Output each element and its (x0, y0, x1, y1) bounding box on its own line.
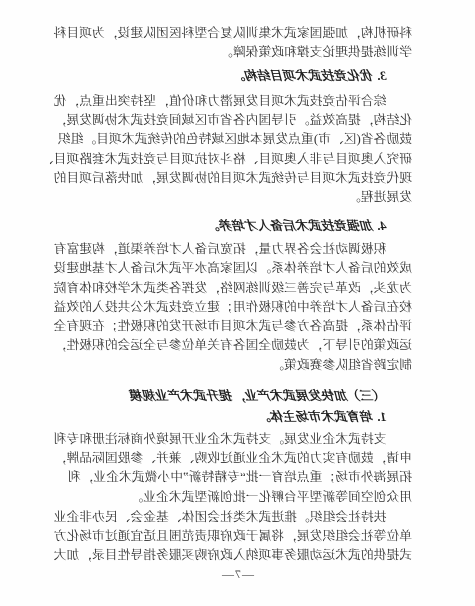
text-line: 拓展海外市场；重点培育一批“专精特新”中小微武术企业，利 (55, 468, 412, 487)
section-heading: 4. 加强竞技武术后备人才培养。 (55, 217, 412, 236)
text-line: 校在后备人才培养中的积极作用；建立竞技武术公共投入的效益 (55, 298, 412, 317)
page-number: —7— (0, 567, 475, 582)
paragraph: 支持武术企业发展。支持武术企业开展境外商标注册和专利申请，鼓励有实力的武术企业通… (55, 430, 412, 507)
text-line: 申请，鼓励有实力的武术企业通过收购、兼并、参股国际品牌， (55, 449, 412, 468)
text-line: 综合评估竞技武术项目发展潜力和价值，坚持突出重点，优 (55, 92, 412, 111)
page-text-area: 科研机构，加强国家武术集训队复合型科医团队建设，为项目科学训练提供理论支撑和政策… (0, 0, 475, 606)
text-line: 1. 培育武术市场主体。 (55, 408, 412, 427)
text-line: （三）加快发展武术产业，提升武术产业规模 (55, 387, 412, 406)
text-line: 3. 优化竞技武术项目结构。 (55, 67, 412, 86)
text-line: 扶持社会组织。推进武术类社会团体、基金会、民办非企业 (55, 508, 412, 527)
text-line: 积极调动社会各界力量，拓宽后备人才培养渠道，构建富有 (55, 240, 412, 259)
document-page: 科研机构，加强国家武术集训队复合型科医团队建设，为项目科学训练提供理论支撑和政策… (0, 0, 475, 606)
text-line: 化结构，提高效益。引导国内各省市区域间竞技武术协调发展， (55, 111, 412, 130)
text-line: 鼓励各省(区、市)重点发展本地区域特色的传统武术项目。组织 (55, 130, 412, 149)
paragraph: 综合评估竞技武术项目发展潜力和价值，坚持突出重点，优化结构，提高效益。引导国内各… (55, 92, 412, 208)
text-line: 单位等社会组织发展，将属于政府职责范围且适宜通过市场化方 (55, 527, 412, 546)
text-line: 支持武术企业发展。支持武术企业开展境外商标注册和专利 (55, 430, 412, 449)
text-line: 现代竞技武术项目与传统武术项目的协调发展，加快落后项目的 (55, 169, 412, 188)
text-line: 为龙头，改革与完善三级训练网络，发挥各类武术学校和体育院 (55, 279, 412, 298)
text-line: 式提供的武术运动服务事项纳入政府购买服务指导性目录，加大 (55, 546, 412, 565)
text-line: 运政策的引导下，为鼓励全国各有关单位参与全运会的积极性， (55, 336, 412, 355)
text-line: 发展进程。 (55, 188, 412, 207)
text-line: 成效的后备人才培养体系。以国家高水平武术后备人才基地建设 (55, 259, 412, 278)
text-line: 研究入奥项目与非入奥项目、格斗对抗项目与竞技武术套路项目、 (55, 150, 412, 169)
text-line: 制定跨省组队参赛政策。 (55, 356, 412, 375)
section-heading: 1. 培育武术市场主体。 (55, 408, 412, 427)
paragraph: 科研机构，加强国家武术集训队复合型科医团队建设，为项目科学训练提供理论支撑和政策… (55, 24, 412, 63)
text-line: 学训练提供理论支撑和政策保障。 (55, 43, 412, 62)
text-line: 评估体系，提高各方参与武术项目市场开发的积极性；在现有全 (55, 317, 412, 336)
paragraph: 积极调动社会各界力量，拓宽后备人才培养渠道，构建富有成效的后备人才培养体系。以国… (55, 240, 412, 375)
paragraph: 扶持社会组织。推进武术类社会团体、基金会、民办非企业单位等社会组织发展，将属于政… (55, 508, 412, 566)
text-line: 科研机构，加强国家武术集训队复合型科医团队建设，为项目科 (55, 24, 412, 43)
text-line: 用众创空间等新型平台孵化一批创新型武术企业。 (55, 488, 412, 507)
section-heading: （三）加快发展武术产业，提升武术产业规模 (55, 387, 412, 406)
text-line: 4. 加强竞技武术后备人才培养。 (55, 217, 412, 236)
section-heading: 3. 优化竞技武术项目结构。 (55, 67, 412, 86)
